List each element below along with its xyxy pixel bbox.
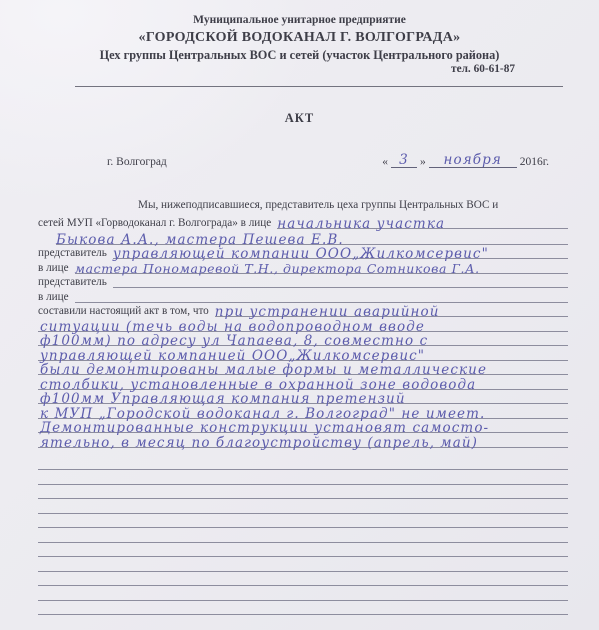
handwritten-day: 3 — [399, 155, 409, 165]
handwritten-month: ноября — [444, 155, 502, 165]
document-page: Муниципальное унитарное предприятие «ГОР… — [0, 0, 599, 630]
fill-in-line: Быкова А.А., мастера Пешева Е.В. — [56, 228, 568, 245]
blank-ruled-line — [38, 557, 568, 572]
in-person2-row: в лице — [38, 288, 568, 303]
open-quote: « — [382, 156, 388, 168]
representative2-row: представитель — [38, 274, 568, 289]
handwritten-line: к МУП „Городской водоканал г. Волгоград"… — [38, 404, 568, 419]
handwritten-paragraph: ситуации (течь воды на водопроводном вво… — [38, 317, 568, 448]
department-line: Цех группы Центральных ВОС и сетей (учас… — [0, 48, 599, 62]
handwritten-line: ситуации (течь воды на водопроводном вво… — [38, 317, 568, 332]
names-row: Быкова А.А., мастера Пешева Е.В. — [38, 229, 568, 245]
date-fields: « 3 » ноября 2016г. — [382, 155, 549, 168]
blank-ruled-line — [38, 586, 568, 601]
handwritten-line: Демонтированные конструкции установят са… — [38, 419, 568, 434]
handwritten-text: ятельно, в месяц по благоустройству (апр… — [40, 438, 478, 448]
fill-in-line: к МУП „Городской водоканал г. Волгоград"… — [38, 403, 568, 419]
fill-in-line — [113, 273, 568, 289]
fill-in-line: ятельно, в месяц по благоустройству (апр… — [38, 432, 568, 448]
fill-in-line: ситуации (течь воды на водопроводном вво… — [38, 316, 568, 332]
phone-number: тел. 60-61-87 — [0, 63, 599, 76]
act-statement-row: составили настоящий акт в том, что при у… — [38, 303, 568, 318]
organization-type: Муниципальное унитарное предприятие — [0, 13, 599, 27]
handwritten-line: ятельно, в месяц по благоустройству (апр… — [38, 433, 568, 448]
handwritten-line: ф100мм Управляющая компания претензий — [38, 390, 568, 405]
date-line: г. Волгоград « 3 » ноября 2016г. — [0, 152, 599, 168]
document-body: Мы, нижеподписавшиеся, представитель цех… — [0, 198, 599, 615]
blank-ruled-line — [38, 528, 568, 543]
close-quote: » — [420, 156, 426, 168]
fill-in-line: были демонтированы малые формы и металли… — [38, 360, 568, 376]
intro-text-line1: Мы, нижеподписавшиеся, представитель цех… — [38, 198, 568, 213]
fill-in-line: начальника участка — [277, 212, 568, 229]
city-label: г. Волгоград — [107, 156, 167, 168]
blank-ruled-line — [38, 572, 568, 587]
blank-ruled-line — [38, 514, 568, 529]
year-label: 2016г. — [520, 156, 549, 168]
in-person-label: в лице — [38, 262, 75, 274]
in-person-label: в лице — [38, 291, 75, 303]
representative1-row: представитель управляющей компании ООО„Ж… — [38, 245, 568, 260]
document-title: АКТ — [0, 111, 599, 126]
blank-ruled-line — [38, 456, 568, 471]
fill-in-line: ф100мм) по адресу ул Чапаева, 8, совмест… — [38, 331, 568, 347]
fill-in-line: управляющей компанией ООО„Жилкомсервис" — [38, 345, 568, 361]
fill-in-line: при устранении аварийной — [215, 302, 568, 318]
blank-ruled-lines — [38, 456, 568, 616]
blank-ruled-line — [38, 499, 568, 514]
letterhead: Муниципальное унитарное предприятие «ГОР… — [0, 0, 599, 76]
blank-ruled-line — [38, 601, 568, 616]
handwritten-line: были демонтированы малые формы и металли… — [38, 361, 568, 376]
blank-ruled-line — [38, 470, 568, 485]
handwritten-line: столбики, установленные в охранной зоне … — [38, 375, 568, 390]
day-field: 3 — [391, 155, 417, 168]
letterhead-divider — [75, 86, 563, 87]
fill-in-line: ф100мм Управляющая компания претензий — [38, 389, 568, 405]
in-person1-row: в лице мастера Пономаревой Т.Н., директо… — [38, 259, 568, 274]
intro-text-line2-row: сетей МУП «Горводоканал г. Волгограда» в… — [38, 213, 568, 229]
blank-ruled-line — [38, 543, 568, 558]
fill-in-line: столбики, установленные в охранной зоне … — [38, 374, 568, 390]
fill-in-line — [75, 287, 568, 303]
handwritten-line: управляющей компанией ООО„Жилкомсервис" — [38, 346, 568, 361]
organization-name: «ГОРОДСКОЙ ВОДОКАНАЛ Г. ВОЛГОГРАДА» — [0, 30, 599, 46]
fill-in-line: мастера Пономаревой Т.Н., директора Сотн… — [75, 258, 568, 274]
handwritten-line: ф100мм) по адресу ул Чапаева, 8, совмест… — [38, 332, 568, 347]
blank-ruled-line — [38, 485, 568, 500]
fill-in-line: управляющей компании ООО„Жилкомсервис" — [113, 244, 568, 260]
fill-in-line: Демонтированные конструкции установят са… — [38, 418, 568, 434]
month-field: ноября — [429, 155, 517, 168]
